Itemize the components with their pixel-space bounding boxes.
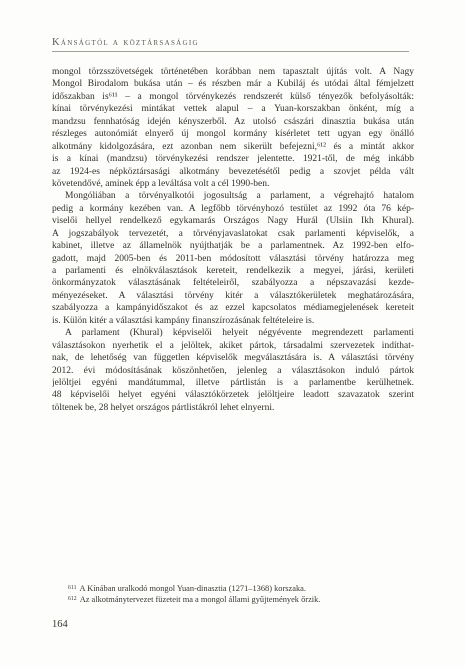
body-line: kabinet, illetve az államelnök nyújthatj… <box>52 240 414 252</box>
body-line: viselői hellyel rendelkező egykamarás Or… <box>52 215 414 227</box>
body-line: követendővé, aminek épp a leváltása volt… <box>52 178 414 190</box>
footnote-section: 611A Kínában uralkodó mongol Yuan-dinasz… <box>52 583 414 606</box>
body-line: időszakban is⁶¹¹ – a mongol törvénykezés… <box>52 91 414 103</box>
body-line: szabályozza a kampányidőszakot és az ezz… <box>52 302 414 314</box>
paragraph-2: Mongóliában a törvényalkotói jogosultság… <box>52 190 414 327</box>
footnote-text: A Kínában uralkodó mongol Yuan-dinasztia… <box>79 584 305 593</box>
body-line: alkotmány kidolgozására, ezt azonban nem… <box>52 141 414 153</box>
body-text: mongol törzsszövetségek történetében kor… <box>52 66 414 414</box>
body-line: is. Külön kitér a választási kampány fin… <box>52 315 414 327</box>
body-line: jelöltjei egyéni mandátummal, illetve pá… <box>52 377 414 389</box>
body-line: nak, de lehetőség van független képvisel… <box>52 352 414 364</box>
paragraph-3: A parlament (Khural) képviselői helyeit … <box>52 327 414 414</box>
body-line: 2012. évi módosításának köszönhetően, je… <box>52 365 414 377</box>
body-line: pedig a kormány kezében van. A legfőbb t… <box>52 203 414 215</box>
footnote-item: 612Az alkotmánytervezet füzeteit ma a mo… <box>52 594 414 605</box>
header-rule <box>52 51 409 52</box>
body-line: gadott, majd 2005-ben és 2011-ben módosí… <box>52 253 414 265</box>
body-line: mandzsu fennhatóság idején kényszerből. … <box>52 116 414 128</box>
body-line: töltenek be, 28 helyet országos pártlist… <box>52 402 414 414</box>
body-line: mongol törzsszövetségek történetében kor… <box>52 66 414 78</box>
body-line: Mongol Birodalom bukása után – és részbe… <box>52 78 414 90</box>
footnote-text: Az alkotmánytervezet füzeteit ma a mongo… <box>80 595 321 604</box>
body-line: ményezéseket. A választási törvény kitér… <box>52 290 414 302</box>
body-line: az 1924-es népköztársasági alkotmány bev… <box>52 166 414 178</box>
body-line: A parlament (Khural) képviselői helyeit … <box>52 327 414 339</box>
paragraph-1: mongol törzsszövetségek történetében kor… <box>52 66 414 190</box>
footnote-marker: 612 <box>68 596 77 602</box>
footnote-item: 611A Kínában uralkodó mongol Yuan-dinasz… <box>52 583 414 594</box>
running-head-title: Kánságtól a köztársaságig <box>52 37 409 48</box>
footnote-marker: 611 <box>68 585 76 591</box>
body-line: kínai törvénykezési mintákat vettek alap… <box>52 103 414 115</box>
body-line: is a kínai (mandzsu) törvénykezési rends… <box>52 153 414 165</box>
book-page: Kánságtól a köztársaságig mongol törzssz… <box>0 0 466 667</box>
body-line: részleges autonómiát elnyerő új mongol k… <box>52 128 414 140</box>
page-header: Kánságtól a köztársaságig <box>52 37 409 52</box>
body-line: Mongóliában a törvényalkotói jogosultság… <box>52 190 414 202</box>
body-line: A jogszabályok tervezetét, a törvényjava… <box>52 228 414 240</box>
body-line: a parlamenti és elnökválasztások keretei… <box>52 265 414 277</box>
body-line: önkormányzatok választásának feltételeir… <box>52 277 414 289</box>
body-line: választásokon nyerhetik el a jelöltek, a… <box>52 340 414 352</box>
body-line: 48 képviselői helyet egyéni választókörz… <box>52 389 414 401</box>
page-number: 164 <box>52 619 68 630</box>
